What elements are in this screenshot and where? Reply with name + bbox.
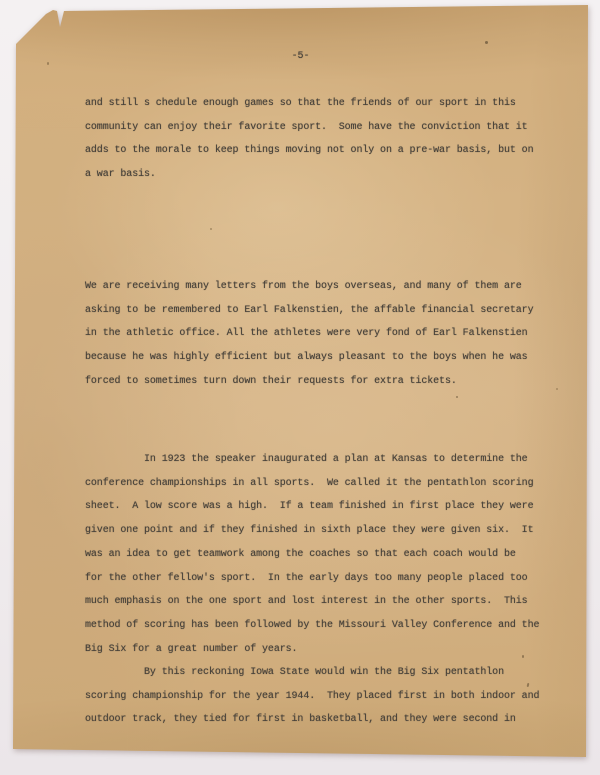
paper-speck (47, 62, 49, 65)
paragraph-schedule-games: and still s chedule enough games so that… (85, 92, 587, 187)
paragraph-letters-overseas: We are receiving many letters from the b… (85, 275, 587, 394)
paper-speck (456, 396, 458, 398)
paper-speck (522, 655, 524, 658)
paper-speck (556, 388, 558, 390)
scan-background: { "document": { "page_number": "-5-", "p… (0, 0, 600, 775)
paragraph-pentathlon-scoring: In 1923 the speaker inaugurated a plan a… (85, 448, 587, 661)
paper-sheet-shadow: -5- and still s chedule enough games so … (12, 4, 589, 757)
paper-sheet: -5- and still s chedule enough games so … (12, 4, 589, 757)
paper-speck (485, 41, 488, 44)
page-number: -5- (12, 45, 589, 69)
paper-speck (210, 228, 212, 230)
paragraph-iowa-state-1944: By this reckoning Iowa State would win t… (85, 661, 587, 732)
